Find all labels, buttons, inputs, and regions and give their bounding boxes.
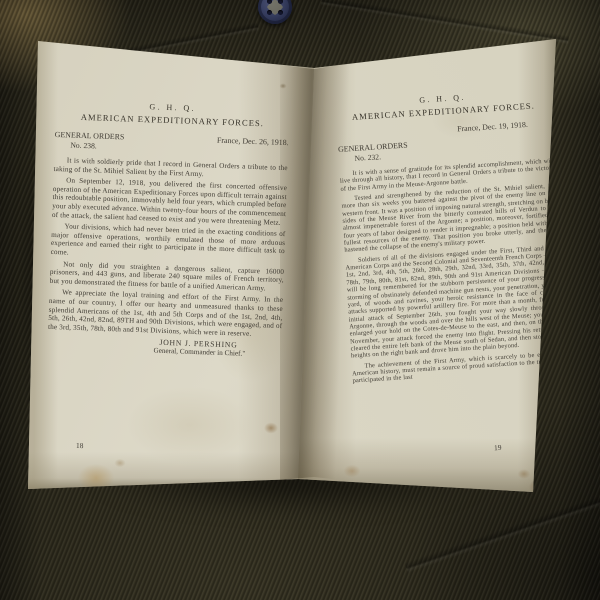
photo-scene: G. H. Q. AMERICAN EXPEDITIONARY FORCES. … <box>0 0 600 600</box>
fabric-crease <box>321 0 569 44</box>
left-orders-label: GENERAL ORDERS <box>55 130 125 141</box>
right-page-content: G. H. Q. AMERICAN EXPEDITIONARY FORCES. … <box>335 88 568 389</box>
left-paragraph: Not only did you straighten a dangerous … <box>49 259 284 293</box>
right-page-number: 19 <box>494 443 502 452</box>
right-paragraph: Tested and strengthened by the reduction… <box>341 182 559 254</box>
left-paragraph: On September 12, 1918, you delivered the… <box>52 176 287 227</box>
left-page-content: G. H. Q. AMERICAN EXPEDITIONARY FORCES. … <box>47 99 290 359</box>
button-hole <box>267 10 272 15</box>
button-hole <box>278 0 283 4</box>
left-paragraph: We appreciate the loyal training and eff… <box>48 288 283 339</box>
left-paragraph: Your divisions, which had never been tri… <box>51 222 286 265</box>
right-paragraph: Soldiers of all of the divisions engaged… <box>345 244 566 360</box>
button-hole <box>278 10 283 15</box>
uniform-button <box>258 0 292 24</box>
left-page-number: 18 <box>76 441 84 450</box>
